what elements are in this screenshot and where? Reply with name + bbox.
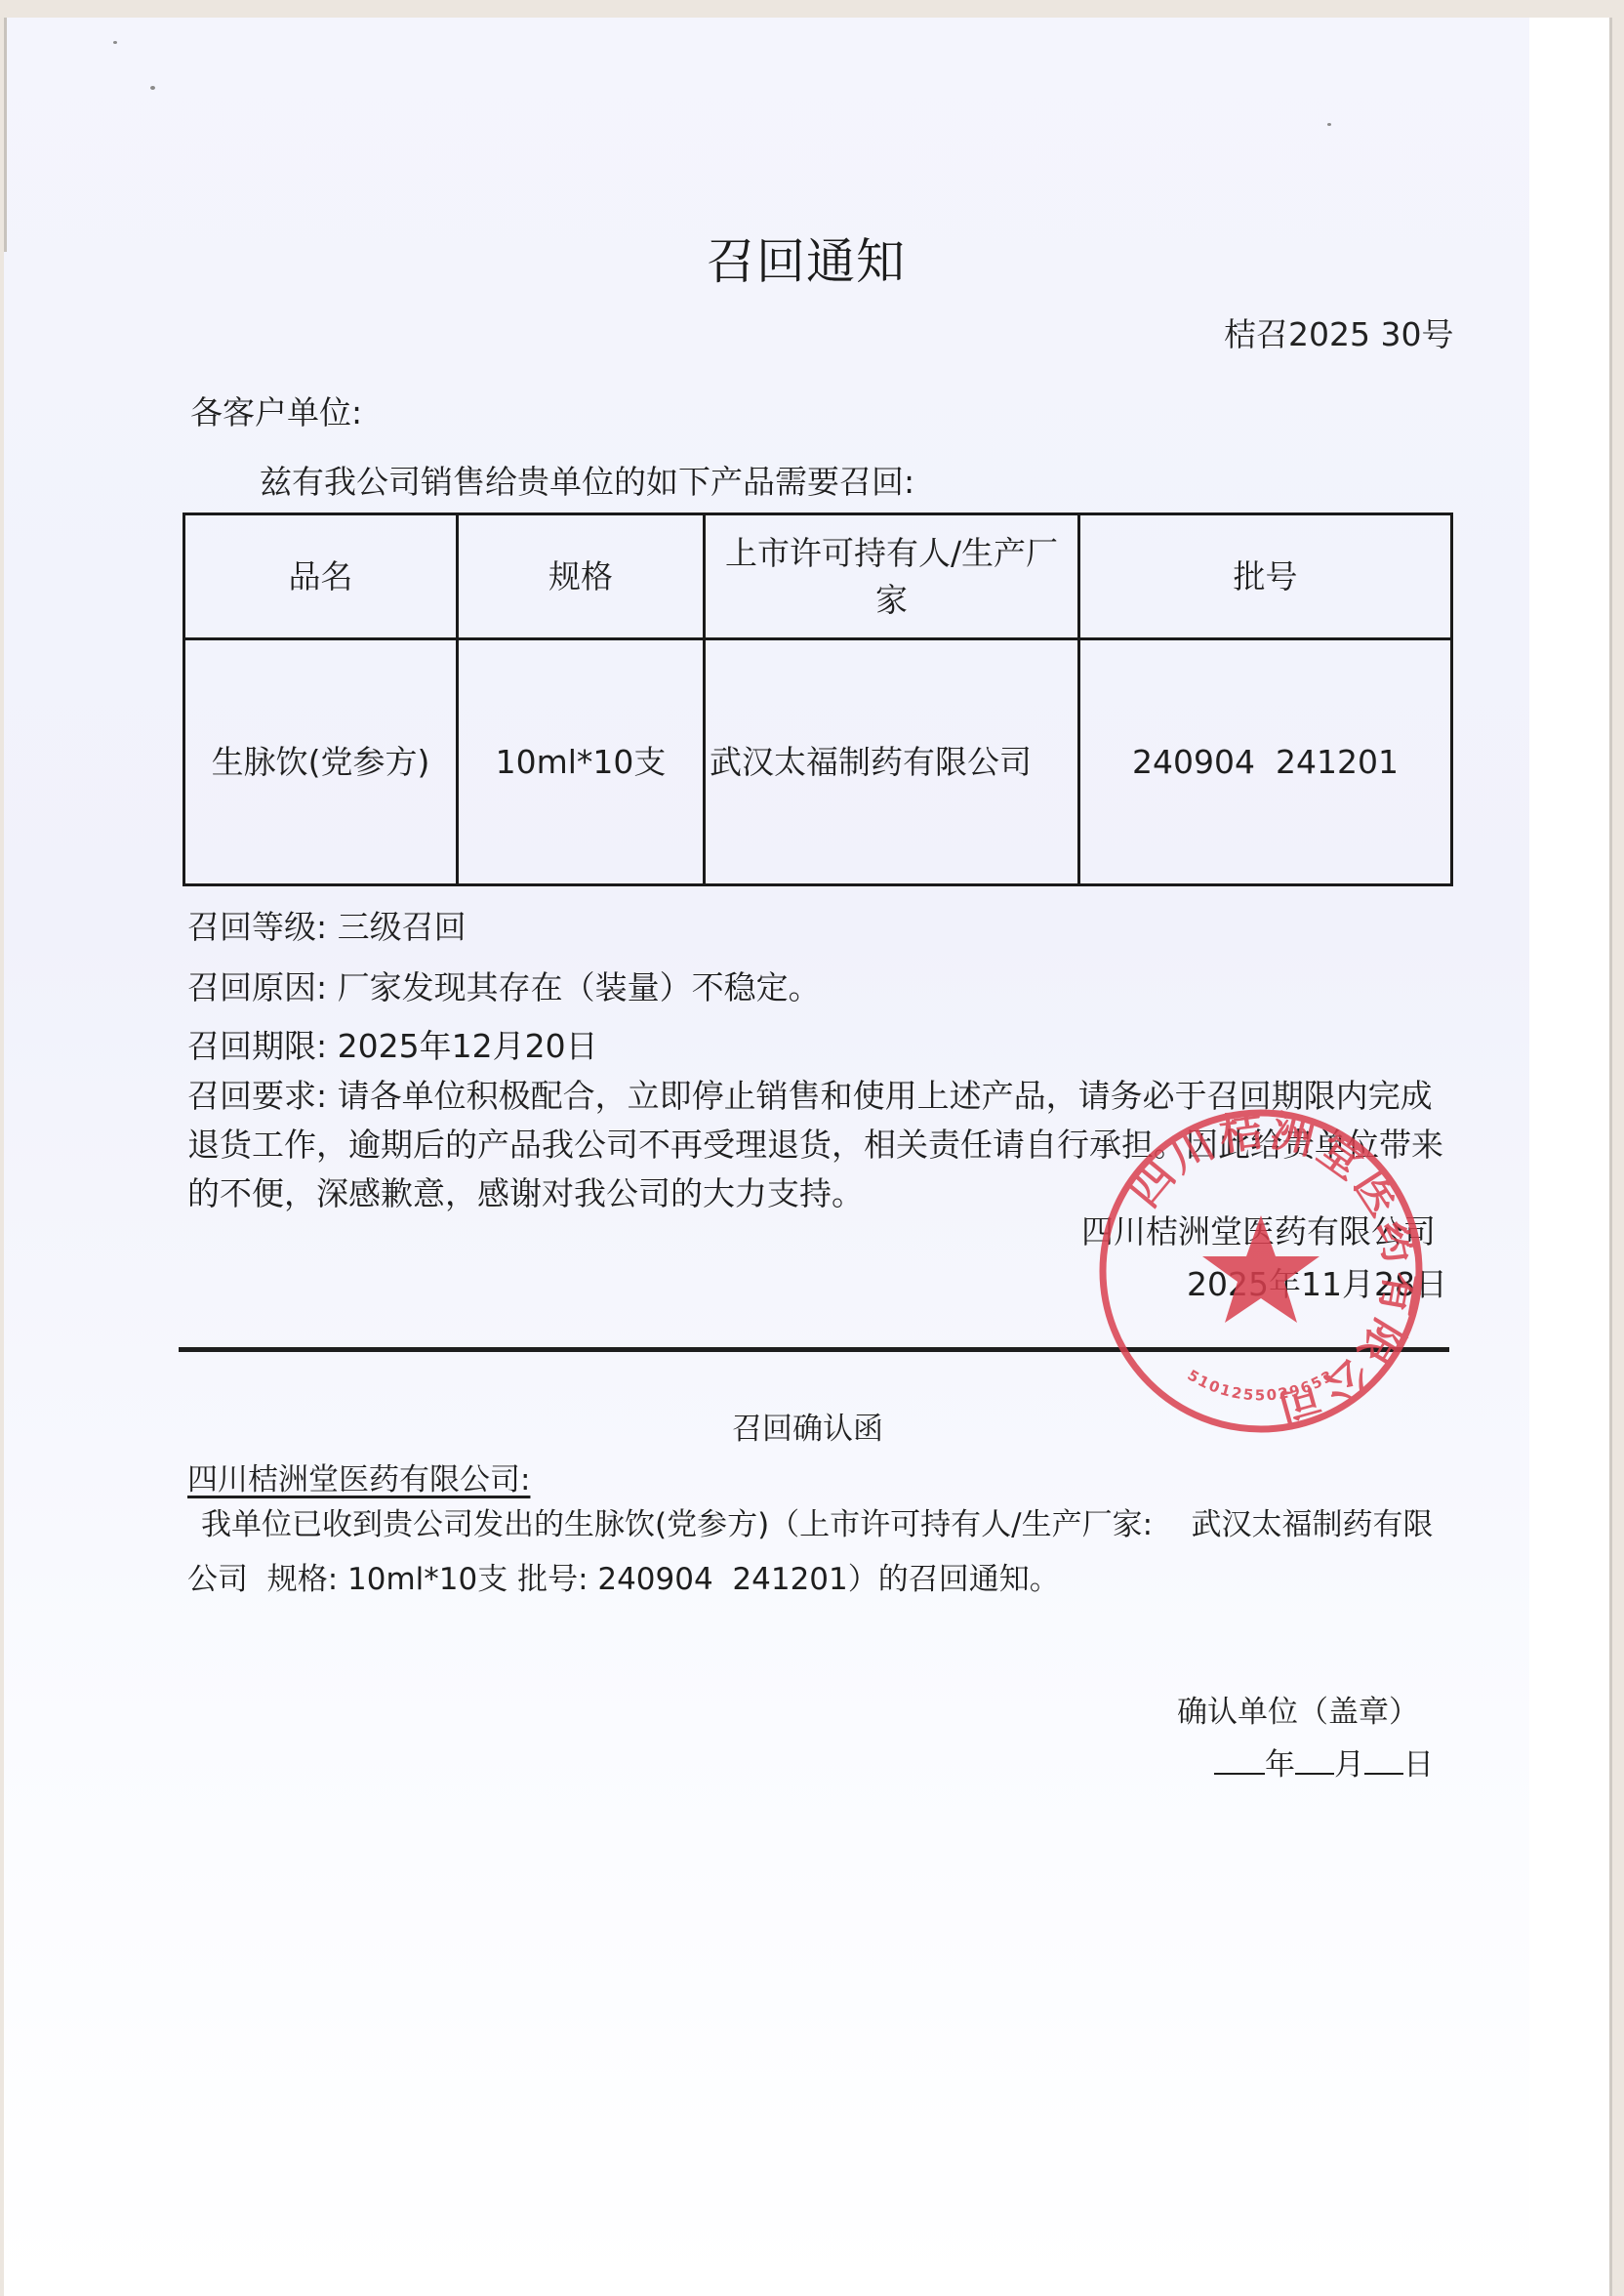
signature-date: 2025年11月28日 (1187, 1259, 1447, 1305)
recall-requirement: 召回要求: 请各单位积极配合，立即停止销售和使用上述产品，请务必于召回期限内完成… (187, 1072, 1456, 1218)
confirmation-addressee: 四川桔洲堂医药有限公司: (187, 1455, 530, 1498)
cell-product-name: 生脉饮(党参方) (184, 639, 458, 885)
confirmation-body: 我单位已收到贵公司发出的生脉饮(党参方)（上市许可持有人/生产厂家: 武汉太福制… (187, 1497, 1456, 1607)
scan-edge-strip (1529, 18, 1612, 2296)
greeting: 各客户单位: (190, 388, 362, 433)
cell-manufacturer: 武汉太福制药有限公司 (705, 639, 1079, 885)
header-manufacturer: 上市许可持有人/生产厂家 (705, 514, 1079, 639)
signature-company: 四川桔洲堂医药有限公司 (1081, 1207, 1436, 1252)
scan-left-edge (4, 18, 7, 252)
confirmation-date-blanks: 年月日 (1214, 1740, 1434, 1783)
document-number: 桔召2025 30号 (1224, 309, 1453, 355)
day-blank (1364, 1745, 1403, 1775)
header-product-name: 品名 (184, 514, 458, 639)
header-batch-number: 批号 (1079, 514, 1452, 639)
confirmation-unit-label: 确认单位（盖章） (1177, 1687, 1419, 1731)
recall-level: 召回等级: 三级召回 (187, 902, 467, 948)
scan-speck (150, 86, 155, 90)
year-label: 年 (1265, 1747, 1295, 1783)
scan-speck (113, 41, 117, 44)
day-label: 日 (1403, 1747, 1434, 1783)
section-divider (179, 1347, 1449, 1352)
table-header-row: 品名 规格 上市许可持有人/生产厂家 批号 (184, 514, 1452, 639)
recall-deadline: 召回期限: 2025年12月20日 (187, 1021, 598, 1067)
month-blank (1295, 1745, 1334, 1775)
cell-spec: 10ml*10支 (458, 639, 705, 885)
cell-batch-number: 240904 241201 (1079, 639, 1452, 885)
recall-product-table: 品名 规格 上市许可持有人/生产厂家 批号 生脉饮(党参方) 10ml*10支 … (183, 512, 1453, 886)
page-title: 召回通知 (707, 223, 906, 293)
confirmation-title: 召回确认函 (732, 1404, 883, 1448)
year-blank (1214, 1745, 1265, 1775)
table-row: 生脉饮(党参方) 10ml*10支 武汉太福制药有限公司 240904 2412… (184, 639, 1452, 885)
month-label: 月 (1334, 1747, 1364, 1783)
intro-text: 兹有我公司销售给贵单位的如下产品需要召回: (260, 457, 914, 503)
header-spec: 规格 (458, 514, 705, 639)
scan-speck (1327, 123, 1331, 126)
recall-reason: 召回原因: 厂家发现其存在（装量）不稳定。 (187, 963, 821, 1008)
